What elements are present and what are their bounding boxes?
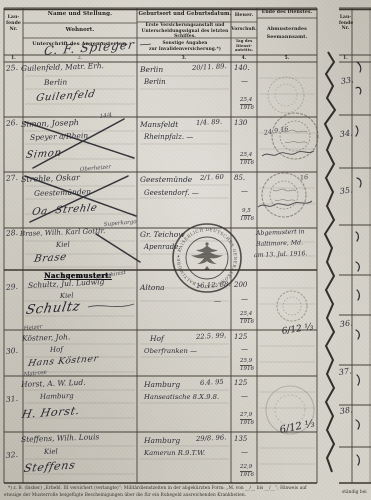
ink-marks-layer <box>0 0 371 500</box>
musterrolle-scan-page: Lau- fende Nr. Name und Stellung. Wohnor… <box>0 0 371 500</box>
strike-row28 <box>96 234 140 262</box>
discharge-signature-scribble <box>262 151 314 156</box>
footnote-line-1: *) z. B. (bisher) „Erhebl. III versicher… <box>8 486 307 491</box>
strike-row26 <box>33 119 124 168</box>
signature-flourish <box>88 304 134 307</box>
discharge-signature-scribble <box>258 201 312 207</box>
right-page-writing-fragments <box>356 62 361 465</box>
strike-row27 <box>25 176 136 216</box>
right-page-footnote-fragment: ständig bei <box>342 490 367 495</box>
binding-stitch-edge <box>325 52 335 472</box>
signature-scribbles <box>88 151 314 307</box>
strike-row26 <box>25 122 134 158</box>
cross-out-strokes <box>25 119 140 262</box>
footnote-line-2: etwaige der Musterrolle beigefügte Besch… <box>4 493 246 498</box>
